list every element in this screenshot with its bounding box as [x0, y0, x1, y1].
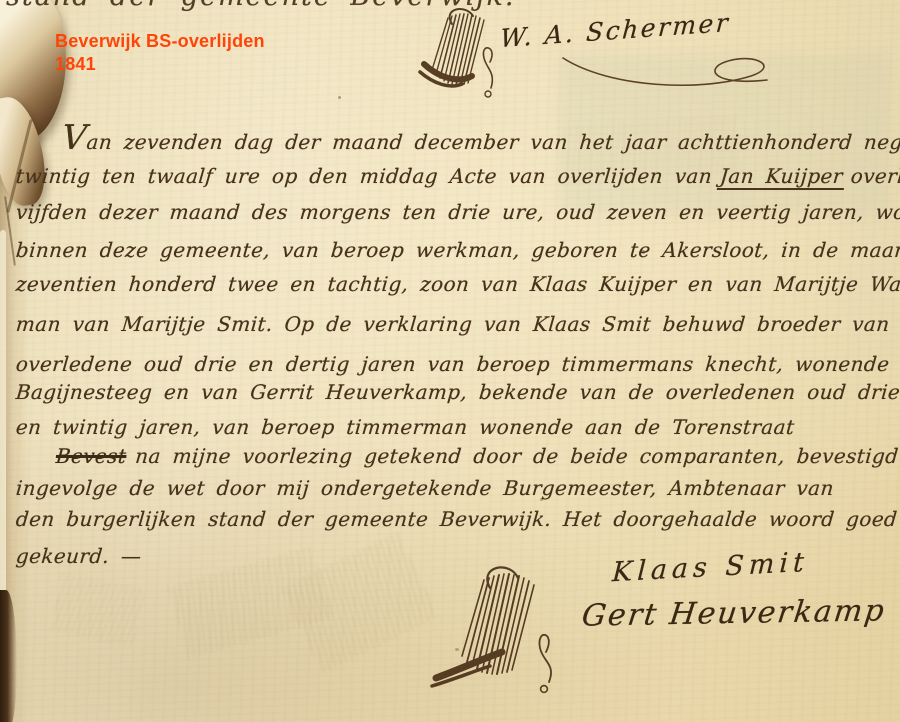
record-line-7: overledene oud drie en dertig jaren van … [15, 352, 897, 376]
record-line-11: ingevolge de wet door mij ondergetekende… [15, 476, 897, 500]
record-line-1: Van zevenden dag der maand december van … [60, 118, 897, 158]
archive-label: Beverwijk BS-overlijden 1841 [55, 30, 265, 76]
signature-schermer-flourish [555, 52, 785, 97]
record-line-4: binnen deze gemeente, van beroep werkman… [15, 238, 897, 262]
record-line-2: twintig ten twaalf ure op den middag Act… [15, 164, 897, 188]
record-line-2-post: overleden den [850, 164, 900, 188]
document-scan: stand der gemeente Beverwijk. Beverwijk … [0, 0, 900, 722]
record-line-10: Bevestna mijne voorlezing getekend door … [55, 444, 897, 468]
struck-word: Bevest [55, 444, 127, 468]
foxing-speck [338, 96, 341, 99]
clerk-paraph-flourish-bottom [428, 560, 588, 700]
record-line-3: vijfden dezer maand des morgens ten drie… [15, 200, 897, 224]
record-line-2-pre: twintig ten twaalf ure op den middag Act… [15, 164, 713, 188]
signature-schermer: W. A. Schermer [499, 8, 731, 53]
clerk-paraph-flourish-top [418, 4, 523, 104]
archive-label-year: 1841 [55, 53, 265, 76]
record-line-9: en twintig jaren, van beroep timmerman w… [15, 415, 897, 439]
record-line-12: den burgerlijken stand der gemeente Beve… [15, 507, 897, 531]
left-edge-highlight [0, 230, 6, 600]
record-line-8: Bagijnesteeg en van Gerrit Heuverkamp, b… [15, 380, 897, 404]
deceased-name: Jan Kuijper [717, 164, 846, 190]
record-line-5: zeventien honderd twee en tachtig, zoon … [15, 272, 897, 296]
signature-gert-heuverkamp: Gert Heuverkamp [580, 593, 888, 633]
record-line-6: man van Marijtje Smit. Op de verklaring … [15, 312, 897, 336]
archive-label-title: Beverwijk BS-overlijden [55, 30, 265, 53]
bleed-through-mark [50, 572, 146, 648]
record-line-10-rest: na mijne voorlezing getekend door de bei… [134, 444, 899, 468]
